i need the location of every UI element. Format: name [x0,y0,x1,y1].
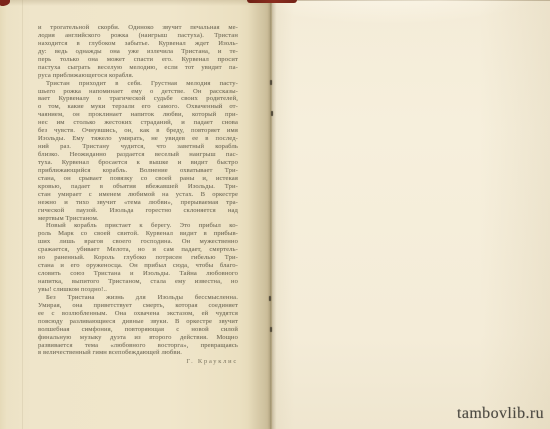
text-line: находится в глубоком забытье. Курвенал ж… [38,40,238,48]
text-line: Без Тристана жизнь для Изольды бессмысле… [38,294,238,302]
text-line: напитка, выпитого Тристаном, стала ему и… [38,278,238,286]
right-page-blank [272,0,550,429]
text-line: ее с возлюбленным. Она охвачена экстазом… [38,310,238,318]
text-line: и трогательной скорби. Одиноко звучит пе… [38,24,238,32]
text-line: сражается, убивает Мелота, но и сам пада… [38,246,238,254]
staple-mark [271,111,273,116]
paragraph: Тристан приходит в себя. Грустная мелоди… [38,80,238,223]
paragraph: Без Тристана жизнь для Изольды бессмысле… [38,294,238,358]
cover-speck-gutter-top [247,0,297,3]
text-line: приближающийся корабль. Волнение охватыв… [38,167,238,175]
text-line: перь только она может спасти его. Курвен… [38,56,238,64]
text-line: ний раз. Тристану чудится, что заветный … [38,143,238,151]
text-line: без чувств. Очнувшись, он, как в бреду, … [38,127,238,135]
paragraph: Новый корабль пристает к берегу. Это при… [38,222,238,293]
text-line: кровью, падает в объятия вбежавшей Изоль… [38,183,238,191]
text-line: но раненный. Король глубоко потрясен гиб… [38,254,238,262]
text-line: роль Марк со своей свитой. Курвенал види… [38,230,238,238]
text-line: волшебная симфония, повторяющая с новой … [38,326,238,334]
text-line: в величественный гимн всепобеждающей люб… [38,349,238,357]
text-line: стана и его оруженосца. Он прибыл сюда, … [38,262,238,270]
staple-mark [270,327,272,332]
text-line: Тристан приходит в себя. Грустная мелоди… [38,80,238,88]
text-line: Умирая, она приветствует смерть, которая… [38,302,238,310]
page-gutter [248,0,294,429]
text-line: туха. Курвенал бросается к вышке и видит… [38,159,238,167]
text-line: нес им столько жестоких страданий, и пад… [38,119,238,127]
staple-mark [269,296,271,301]
text-line: стан умирает с именем любимой на устах. … [38,191,238,199]
text-line: лодия английского рожка (наигрыш пастуха… [38,32,238,40]
text-line: финальную музыку дуэта из второго действ… [38,334,238,342]
text-line: словить союз Тристана и Изольды. Тайна л… [38,270,238,278]
text-line: гической паузой. Изольда горестно склоня… [38,207,238,215]
text-line: руса приближающегося корабля. [38,72,238,80]
book-scan: и трогательной скорби. Одиноко звучит пе… [0,0,550,429]
paragraph: и трогательной скорби. Одиноко звучит пе… [38,24,238,80]
text-line: стана, он срывает повязку со своей раны … [38,175,238,183]
text-line: пастуха сыграть веселую мелодию, если то… [38,64,238,72]
left-page: и трогательной скорби. Одиноко звучит пе… [0,0,272,429]
text-line: Изольды. Ему тяжело умирать, не увидев е… [38,135,238,143]
gutter-crease-line [270,0,271,429]
text-line: близко. Неожиданно раздается веселый наи… [38,151,238,159]
text-line: увы! слишком поздно!.. [38,286,238,294]
text-line: нежно и тихо звучит «тема любви», прерыв… [38,199,238,207]
text-column: и трогательной скорби. Одиноко звучит пе… [38,24,238,357]
author-signature: Г. Крауклис [38,358,238,365]
staple-mark [270,80,272,85]
text-line: ду: ведь однажды она уже излечила Триста… [38,48,238,56]
text-line: повсюду разливающиеся дивные звуки. В ор… [38,318,238,326]
watermark: tambovlib.ru [457,405,544,423]
